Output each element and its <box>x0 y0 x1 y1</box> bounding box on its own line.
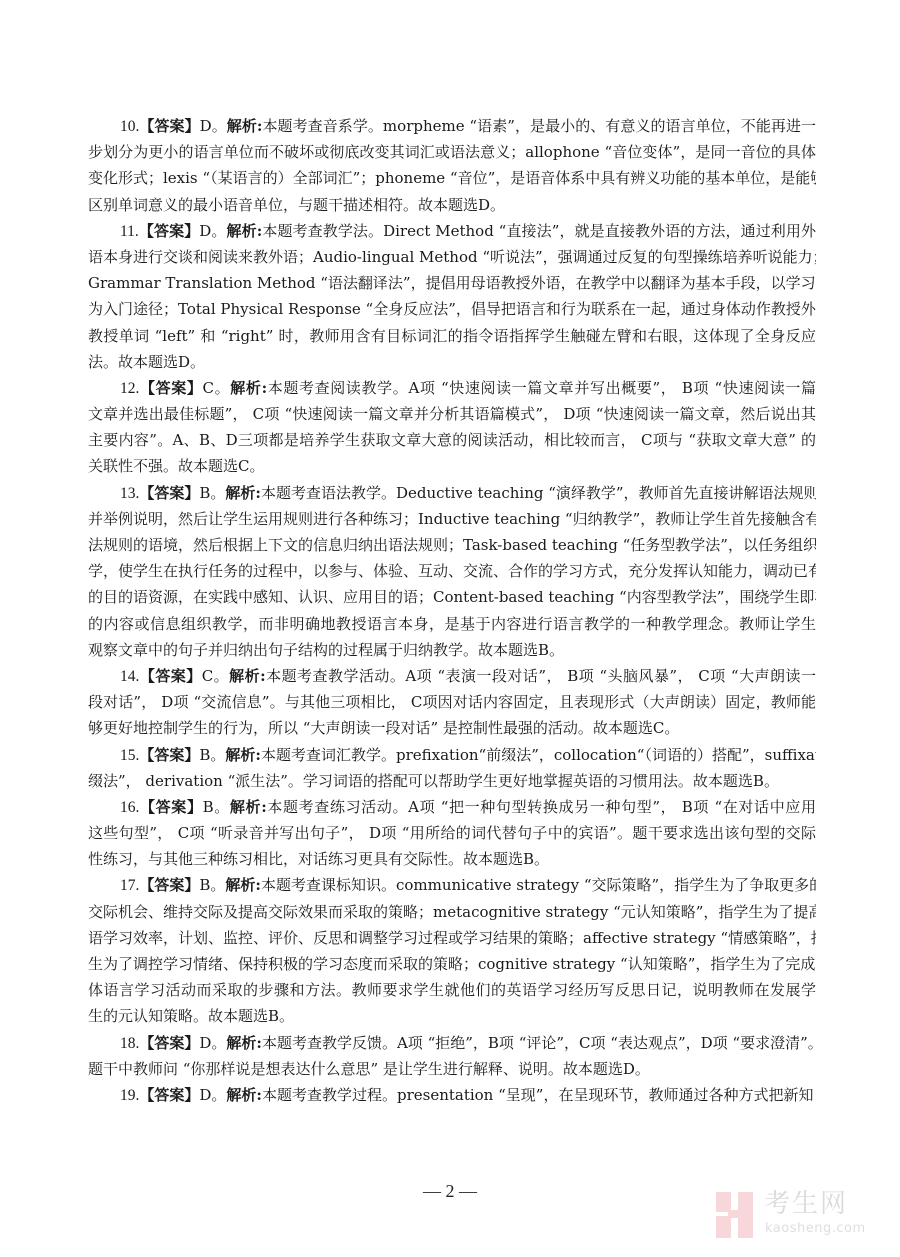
question-number: 18. <box>120 1035 139 1052</box>
question-number: 17. <box>120 877 139 894</box>
analysis-label: 解析: <box>226 1086 262 1104</box>
analysis-label: 解析: <box>230 798 267 816</box>
line-text: 步划分为更小的语言单位而不破坏或彻底改变其词汇或语法意义；allophone “… <box>88 143 816 161</box>
line-text: 本题考查教学法。Direct Method “直接法”，就是直接教外语的方法，通… <box>262 222 816 240</box>
question-number: 10. <box>120 118 139 135</box>
text-line: Grammar Translation Method “语法翻译法”，提倡用母语… <box>88 270 816 296</box>
text-line: 15.【答案】B。解析:本题考查词汇教学。prefixation“前缀法”，co… <box>88 742 816 768</box>
text-line: 题干中教师问 “你那样说是想表达什么意思” 是让学生进行解释、说明。故本题选D。 <box>88 1056 816 1082</box>
answer-label: 【答案】 <box>139 222 199 240</box>
text-line: 区别单词意义的最小语音单位，与题干描述相符。故本题选D。 <box>88 192 816 218</box>
analysis-label: 解析: <box>229 667 265 685</box>
line-text: 本题考查练习活动。A项 “把一种句型转换成另一种句型”， B项 “在对话中应用 <box>267 798 816 816</box>
answer-value: D。 <box>199 222 226 240</box>
text-line: 性练习，与其他三种练习相比，对话练习更具有交际性。故本题选B。 <box>88 846 816 872</box>
text-line: 生为了调控学习情绪、保持积极的学习态度而采取的策略；cognitive stra… <box>88 951 816 977</box>
line-text: 主要内容”。A、B、D三项都是培养学生获取文章大意的阅读活动，相比较而言， C项… <box>88 431 816 449</box>
line-text: Grammar Translation Method “语法翻译法”，提倡用母语… <box>88 274 816 292</box>
answer-label: 【答案】 <box>139 746 199 764</box>
line-text: 变化形式；lexis “（某语言的）全部词汇”；phoneme “音位”，是语音… <box>88 169 816 187</box>
analysis-label: 解析: <box>225 876 261 894</box>
line-text: 题干中教师问 “你那样说是想表达什么意思” 是让学生进行解释、说明。故本题选D。 <box>88 1060 650 1078</box>
analysis-label: 解析: <box>227 117 263 135</box>
answer-value: D。 <box>200 117 227 135</box>
text-line: 文章并选出最佳标题”， C项 “快速阅读一篇文章并分析其语篇模式”， D项 “快… <box>88 401 816 427</box>
answer-label: 【答案】 <box>139 117 199 135</box>
text-line: 体语言学习活动而采取的步骤和方法。教师要求学生就他们的英语学习经历写反思日记，说… <box>88 977 816 1003</box>
line-text: 生为了调控学习情绪、保持积极的学习态度而采取的策略；cognitive stra… <box>88 955 816 973</box>
text-line: 语学习效率，计划、监控、评价、反思和调整学习过程或学习结果的策略；affecti… <box>88 925 816 951</box>
text-line: 生的元认知策略。故本题选B。 <box>88 1003 816 1029</box>
line-text: 文章并选出最佳标题”， C项 “快速阅读一篇文章并分析其语篇模式”， D项 “快… <box>88 405 816 423</box>
text-line: 的内容或信息组织教学，而非明确地教授语言本身，是基于内容进行语言教学的一种教学理… <box>88 611 816 637</box>
answer-value: D。 <box>199 1086 226 1104</box>
kaosheng-logo-icon <box>716 1192 756 1238</box>
text-line: 缀法”， derivation “派生法”。学习词语的搭配可以帮助学生更好地掌握… <box>88 768 816 794</box>
line-text: 本题考查教学活动。A项 “表演一段对话”， B项 “头脑风暴”， C项 “大声朗… <box>266 667 816 685</box>
answer-item: 16.【答案】B。解析:本题考查练习活动。A项 “把一种句型转换成另一种句型”，… <box>88 794 816 873</box>
text-line: 段对话”， D项 “交流信息”。与其他三项相比， C项因对话内容固定，且表现形式… <box>88 689 816 715</box>
line-text: 本题考查教学过程。presentation “呈现”，在呈现环节，教师通过各种方… <box>262 1086 813 1104</box>
text-line: 18.【答案】D。解析:本题考查教学反馈。A项 “拒绝”，B项 “评论”，C项 … <box>88 1030 816 1056</box>
answer-label: 【答案】 <box>139 1034 199 1052</box>
text-line: 的目的语资源，在实践中感知、认识、应用目的语；Content-based tea… <box>88 584 816 610</box>
analysis-label: 解析: <box>225 484 261 502</box>
analysis-label: 解析: <box>227 222 263 240</box>
answer-item: 14.【答案】C。解析:本题考查教学活动。A项 “表演一段对话”， B项 “头脑… <box>88 663 816 742</box>
line-text: 的目的语资源，在实践中感知、认识、应用目的语；Content-based tea… <box>88 588 816 606</box>
line-text: 本题考查音系学。morpheme “语素”，是最小的、有意义的语言单位，不能再进… <box>262 117 816 135</box>
line-text: 本题考查词汇教学。prefixation“前缀法”，collocation“（词… <box>261 746 816 764</box>
answer-item: 19.【答案】D。解析:本题考查教学过程。presentation “呈现”，在… <box>88 1082 816 1108</box>
text-line: 并举例说明，然后让学生运用规则进行各种练习；Inductive teaching… <box>88 506 816 532</box>
line-text: 区别单词意义的最小语音单位，与题干描述相符。故本题选D。 <box>88 196 505 214</box>
answer-label: 【答案】 <box>139 379 202 397</box>
text-line: 语本身进行交谈和阅读来教外语；Audio-lingual Method “听说法… <box>88 244 816 270</box>
question-number: 13. <box>120 485 139 502</box>
question-number: 15. <box>120 747 139 764</box>
text-line: 17.【答案】B。解析:本题考查课标知识。communicative strat… <box>88 872 816 898</box>
line-text: 法。故本题选D。 <box>88 353 205 371</box>
text-line: 法。故本题选D。 <box>88 349 816 375</box>
answer-item: 11.【答案】D。解析:本题考查教学法。Direct Method “直接法”，… <box>88 218 816 375</box>
text-line: 法规则的语境，然后根据上下文的信息归纳出语法规则；Task-based teac… <box>88 532 816 558</box>
answer-value: B。 <box>199 876 225 894</box>
line-text: 够更好地控制学生的行为，所以 “大声朗读一段对话” 是控制性最强的活动。故本题选… <box>88 719 679 737</box>
watermark-url: kaosheng.com <box>765 1221 866 1236</box>
line-text: 本题考查语法教学。Deductive teaching “演绎教学”，教师首先直… <box>261 484 816 502</box>
line-text: 并举例说明，然后让学生运用规则进行各种练习；Inductive teaching… <box>88 510 816 528</box>
line-text: 教授单词 “left” 和 “right” 时，教师用含有目标词汇的指令语指挥学… <box>88 327 816 345</box>
question-number: 19. <box>120 1087 139 1104</box>
line-text: 性练习，与其他三种练习相比，对话练习更具有交际性。故本题选B。 <box>88 850 549 868</box>
answer-value: D。 <box>199 1034 226 1052</box>
analysis-label: 解析: <box>230 379 267 397</box>
answer-label: 【答案】 <box>139 484 199 502</box>
answer-item: 12.【答案】C。解析:本题考查阅读教学。A项 “快速阅读一篇文章并写出概要”，… <box>88 375 816 480</box>
text-line: 14.【答案】C。解析:本题考查教学活动。A项 “表演一段对话”， B项 “头脑… <box>88 663 816 689</box>
line-text: 本题考查教学反馈。A项 “拒绝”，B项 “评论”，C项 “表达观点”，D项 “要… <box>262 1034 816 1052</box>
line-text: 观察文章中的句子并归纳出句子结构的过程属于归纳教学。故本题选B。 <box>88 641 564 659</box>
line-text: 法规则的语境，然后根据上下文的信息归纳出语法规则；Task-based teac… <box>88 536 816 554</box>
line-text: 生的元认知策略。故本题选B。 <box>88 1007 294 1025</box>
answer-value: B。 <box>199 746 225 764</box>
question-number: 12. <box>120 380 139 397</box>
line-text: 语本身进行交谈和阅读来教外语；Audio-lingual Method “听说法… <box>88 248 816 266</box>
document-body: 10.【答案】D。解析:本题考查音系学。morpheme “语素”，是最小的、有… <box>88 113 816 1108</box>
text-line: 学，使学生在执行任务的过程中，以参与、体验、互动、交流、合作的学习方式，充分发挥… <box>88 558 816 584</box>
question-number: 16. <box>120 799 139 816</box>
answer-item: 18.【答案】D。解析:本题考查教学反馈。A项 “拒绝”，B项 “评论”，C项 … <box>88 1030 816 1082</box>
answer-value: C。 <box>202 667 229 685</box>
answer-label: 【答案】 <box>139 667 201 685</box>
answer-label: 【答案】 <box>139 798 202 816</box>
answer-value: B。 <box>199 484 225 502</box>
answer-item: 13.【答案】B。解析:本题考查语法教学。Deductive teaching … <box>88 480 816 663</box>
watermark: 考生网 kaosheng.com <box>716 1188 876 1244</box>
analysis-label: 解析: <box>225 746 261 764</box>
question-number: 14. <box>120 668 139 685</box>
text-line: 主要内容”。A、B、D三项都是培养学生获取文章大意的阅读活动，相比较而言， C项… <box>88 427 816 453</box>
analysis-label: 解析: <box>226 1034 262 1052</box>
answer-value: B。 <box>203 798 230 816</box>
answer-label: 【答案】 <box>139 1086 199 1104</box>
text-line: 19.【答案】D。解析:本题考查教学过程。presentation “呈现”，在… <box>88 1082 816 1108</box>
text-line: 关联性不强。故本题选C。 <box>88 453 816 479</box>
answer-label: 【答案】 <box>139 876 199 894</box>
text-line: 教授单词 “left” 和 “right” 时，教师用含有目标词汇的指令语指挥学… <box>88 323 816 349</box>
line-text: 这些句型”， C项 “听录音并写出句子”， D项 “用所给的词代替句子中的宾语”… <box>88 824 816 842</box>
answer-item: 10.【答案】D。解析:本题考查音系学。morpheme “语素”，是最小的、有… <box>88 113 816 218</box>
line-text: 段对话”， D项 “交流信息”。与其他三项相比， C项因对话内容固定，且表现形式… <box>88 693 816 711</box>
text-line: 这些句型”， C项 “听录音并写出句子”， D项 “用所给的词代替句子中的宾语”… <box>88 820 816 846</box>
watermark-title: 考生网 <box>764 1188 848 1220</box>
text-line: 11.【答案】D。解析:本题考查教学法。Direct Method “直接法”，… <box>88 218 816 244</box>
text-line: 16.【答案】B。解析:本题考查练习活动。A项 “把一种句型转换成另一种句型”，… <box>88 794 816 820</box>
line-text: 本题考查课标知识。communicative strategy “交际策略”，指… <box>261 876 816 894</box>
line-text: 交际机会、维持交际及提高交际效果而采取的策略；metacognitive str… <box>88 903 816 921</box>
line-text: 的内容或信息组织教学，而非明确地教授语言本身，是基于内容进行语言教学的一种教学理… <box>88 615 816 633</box>
line-text: 体语言学习活动而采取的步骤和方法。教师要求学生就他们的英语学习经历写反思日记，说… <box>88 981 816 999</box>
text-line: 观察文章中的句子并归纳出句子结构的过程属于归纳教学。故本题选B。 <box>88 637 816 663</box>
text-line: 10.【答案】D。解析:本题考查音系学。morpheme “语素”，是最小的、有… <box>88 113 816 139</box>
text-line: 步划分为更小的语言单位而不破坏或彻底改变其词汇或语法意义；allophone “… <box>88 139 816 165</box>
question-number: 11. <box>120 223 139 240</box>
text-line: 变化形式；lexis “（某语言的）全部词汇”；phoneme “音位”，是语音… <box>88 165 816 191</box>
text-line: 为入门途径；Total Physical Response “全身反应法”，倡导… <box>88 296 816 322</box>
text-line: 13.【答案】B。解析:本题考查语法教学。Deductive teaching … <box>88 480 816 506</box>
text-line: 12.【答案】C。解析:本题考查阅读教学。A项 “快速阅读一篇文章并写出概要”，… <box>88 375 816 401</box>
line-text: 本题考查阅读教学。A项 “快速阅读一篇文章并写出概要”， B项 “快速阅读一篇 <box>267 379 816 397</box>
text-line: 够更好地控制学生的行为，所以 “大声朗读一段对话” 是控制性最强的活动。故本题选… <box>88 715 816 741</box>
answer-value: C。 <box>203 379 231 397</box>
answer-item: 15.【答案】B。解析:本题考查词汇教学。prefixation“前缀法”，co… <box>88 742 816 794</box>
text-line: 交际机会、维持交际及提高交际效果而采取的策略；metacognitive str… <box>88 899 816 925</box>
answer-item: 17.【答案】B。解析:本题考查课标知识。communicative strat… <box>88 872 816 1029</box>
line-text: 为入门途径；Total Physical Response “全身反应法”，倡导… <box>88 300 816 318</box>
line-text: 关联性不强。故本题选C。 <box>88 457 264 475</box>
line-text: 语学习效率，计划、监控、评价、反思和调整学习过程或学习结果的策略；affecti… <box>88 929 816 947</box>
line-text: 缀法”， derivation “派生法”。学习词语的搭配可以帮助学生更好地掌握… <box>88 772 779 790</box>
line-text: 学，使学生在执行任务的过程中，以参与、体验、互动、交流、合作的学习方式，充分发挥… <box>88 562 816 580</box>
